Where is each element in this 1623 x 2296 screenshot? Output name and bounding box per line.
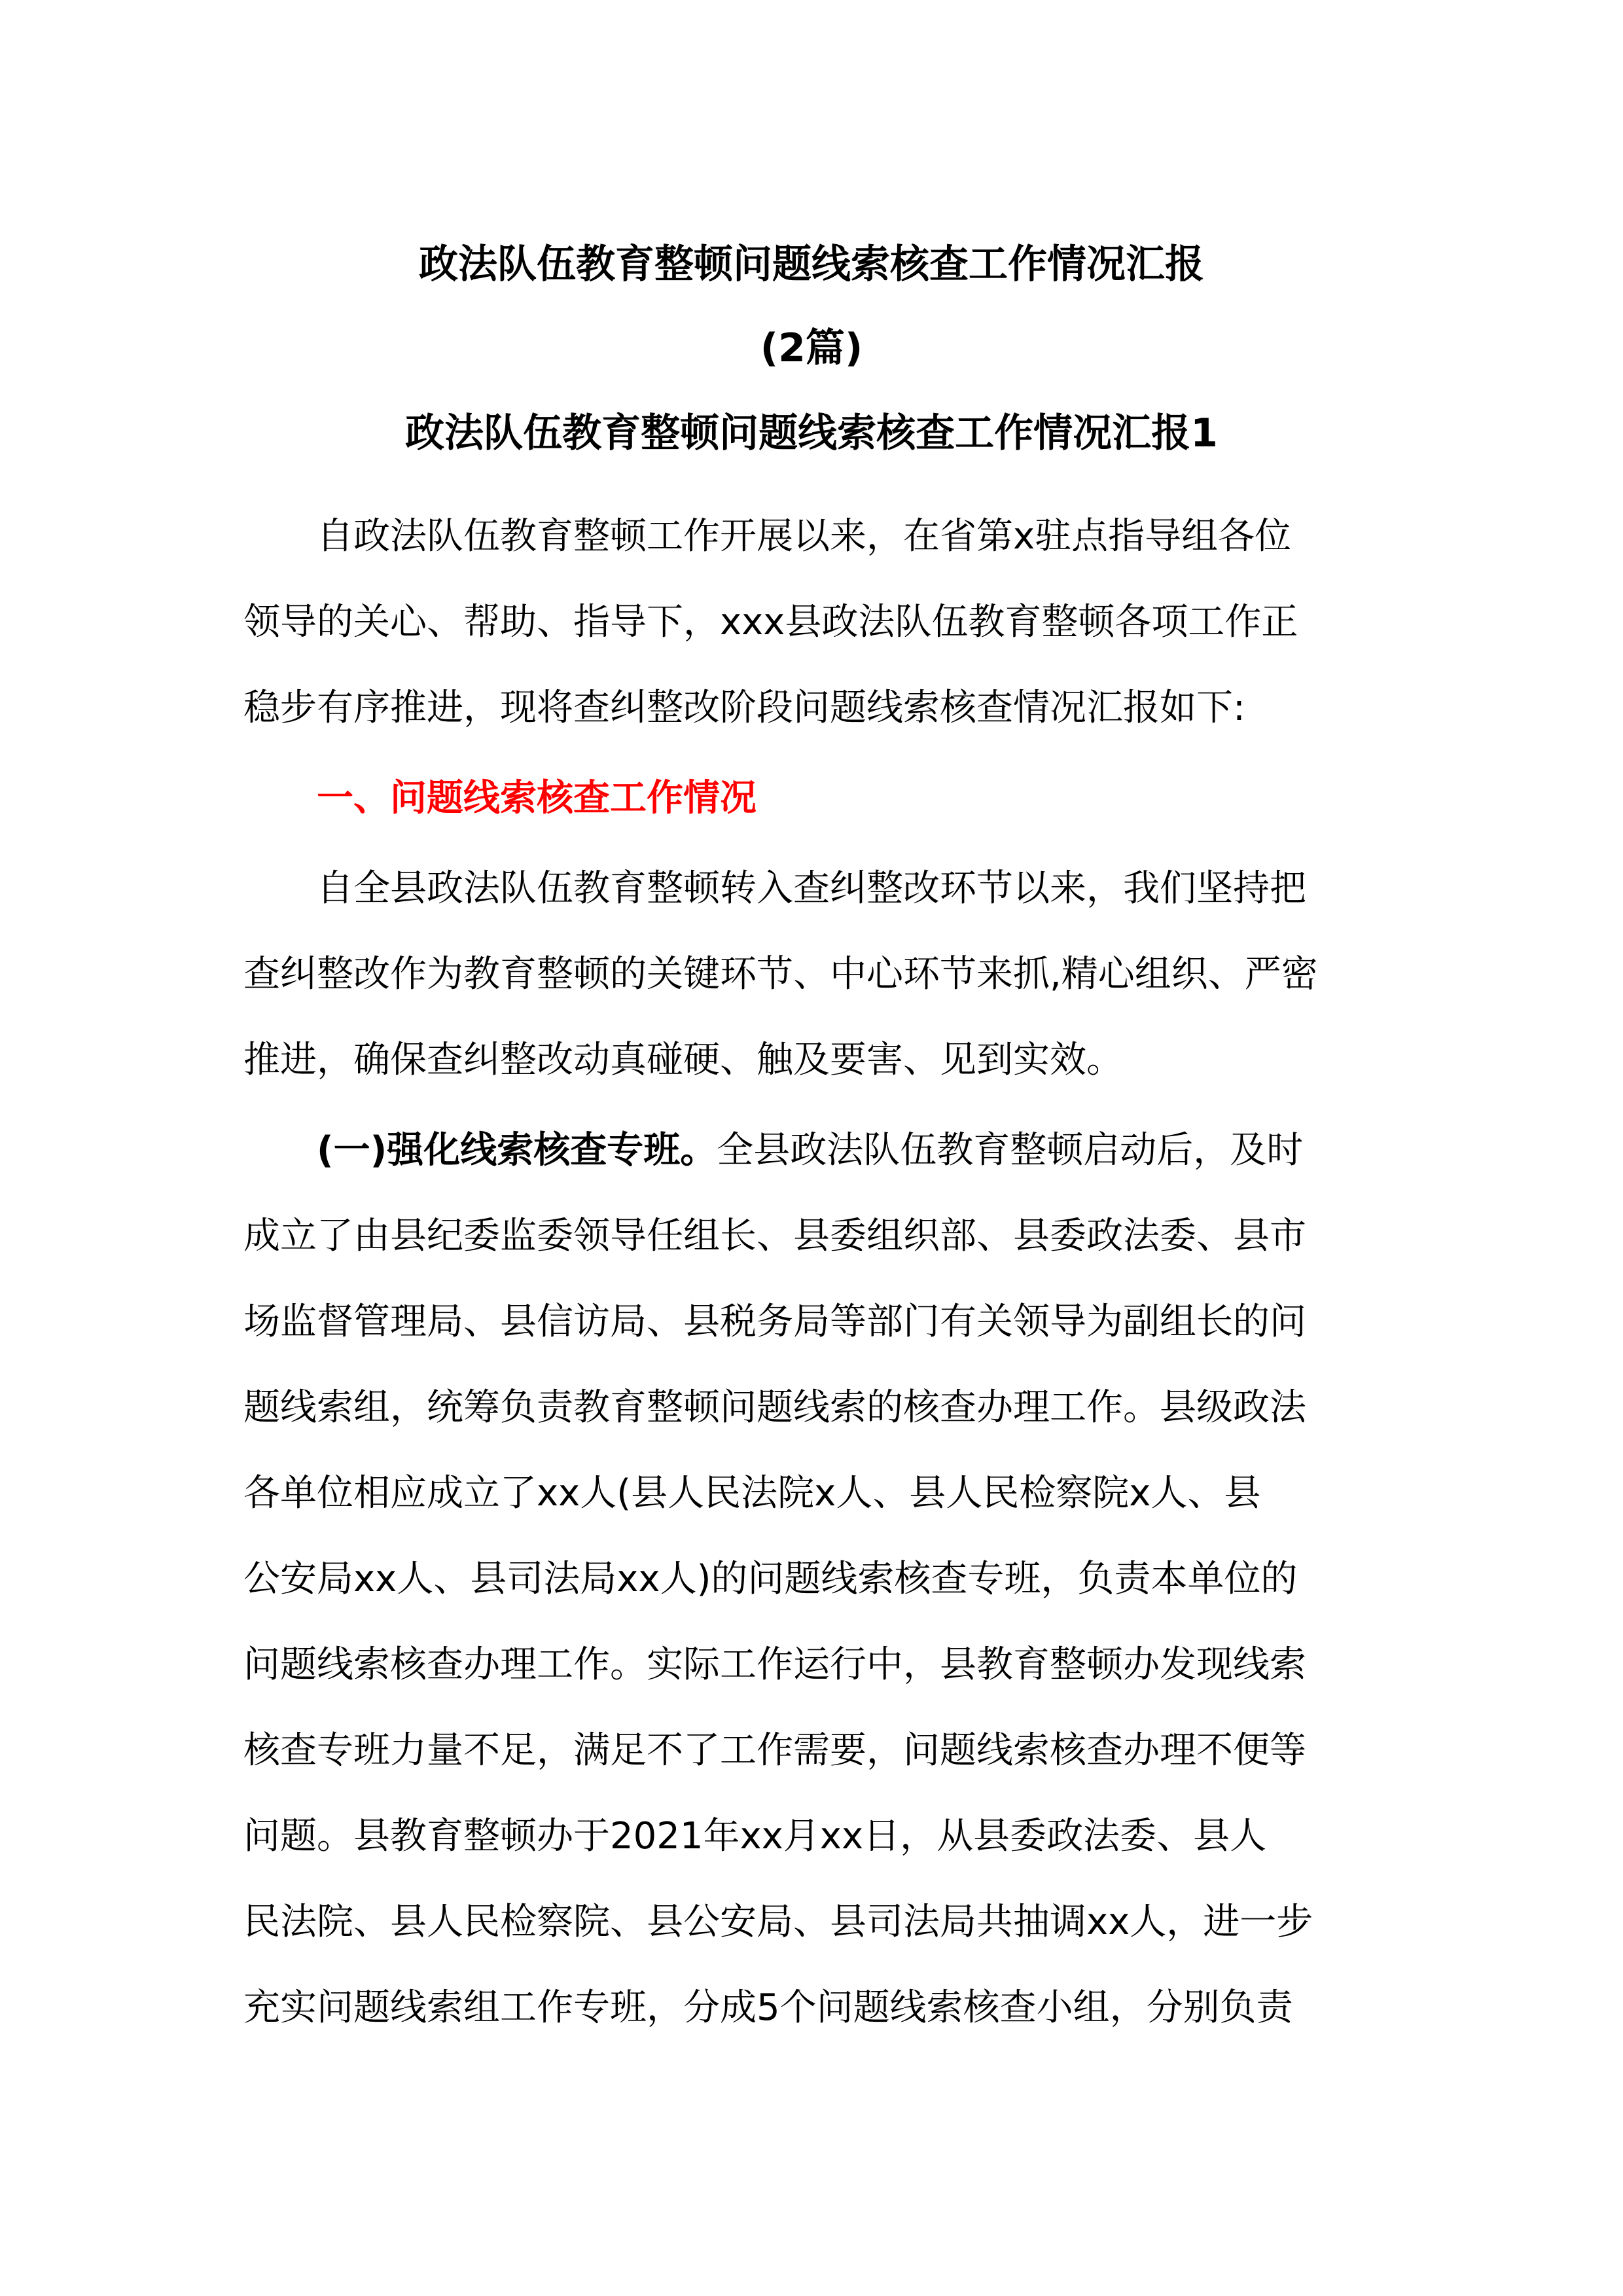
subsection-line: 题线索组，统筹负责教育整顿问题线索的核查办理工作。县级政法 — [243, 1382, 1306, 1434]
subsection-line: 问题。县教育整顿办于2021年xx月xx日，从县委政法委、县人 — [243, 1810, 1266, 1863]
subsection-line: 成立了由县纪委监委领导任组长、县委组织部、县委政法委、县市 — [243, 1210, 1306, 1263]
section-line: 推进，确保查纠整改动真碰硬、触及要害、见到实效。 — [243, 1034, 1123, 1086]
intro-line: 领导的关心、帮助、指导下，xxx县政法队伍教育整顿各项工作正 — [243, 596, 1298, 649]
subsection-first-rest: 全县政法队伍教育整顿启动后，及时 — [717, 1129, 1303, 1172]
subsection-line: 充实问题线索组工作专班，分成5个问题线索核查小组，分别负责 — [243, 1982, 1293, 2034]
subsection-line: 场监督管理局、县信访局、县税务局等部门有关领导为副组长的问 — [243, 1296, 1306, 1348]
subsection-line: 核查专班力量不足，满足不了工作需要，问题线索核查办理不便等 — [243, 1725, 1306, 1777]
section-line: 查纠整改作为教育整顿的关键环节、中心环节来抓,精心组织、严密 — [243, 948, 1318, 1001]
document-subtitle: 政法队伍教育整顿问题线索核查工作情况汇报1 — [0, 407, 1623, 459]
subsection-first-line: (一)强化线索核查专班。全县政法队伍教育整顿启动后，及时 — [317, 1124, 1303, 1177]
document-page: 政法队伍教育整顿问题线索核查工作情况汇报 (2篇) 政法队伍教育整顿问题线索核查… — [0, 0, 1623, 2296]
subsection-line: 公安局xx人、县司法局xx人)的问题线索核查专班，负责本单位的 — [243, 1553, 1297, 1605]
subsection-line: 各单位相应成立了xx人(县人民法院x人、县人民检察院x人、县 — [243, 1467, 1260, 1520]
section-line: 自全县政法队伍教育整顿转入查纠整改环节以来，我们坚持把 — [317, 863, 1306, 915]
intro-line: 稳步有序推进，现将查纠整改阶段问题线索核查情况汇报如下: — [243, 682, 1245, 734]
document-title-count: (2篇) — [0, 322, 1623, 374]
intro-line: 自政法队伍教育整顿工作开展以来，在省第x驻点指导组各位 — [317, 511, 1291, 563]
subsection-label: (一)强化线索核查专班。 — [317, 1129, 717, 1172]
subsection-line: 问题线索核查办理工作。实际工作运行中，县教育整顿办发现线索 — [243, 1639, 1306, 1691]
document-title: 政法队伍教育整顿问题线索核查工作情况汇报 — [0, 238, 1623, 291]
subsection-line: 民法院、县人民检察院、县公安局、县司法局共抽调xx人，进一步 — [243, 1896, 1313, 1948]
section-heading: 一、问题线索核查工作情况 — [317, 772, 757, 825]
